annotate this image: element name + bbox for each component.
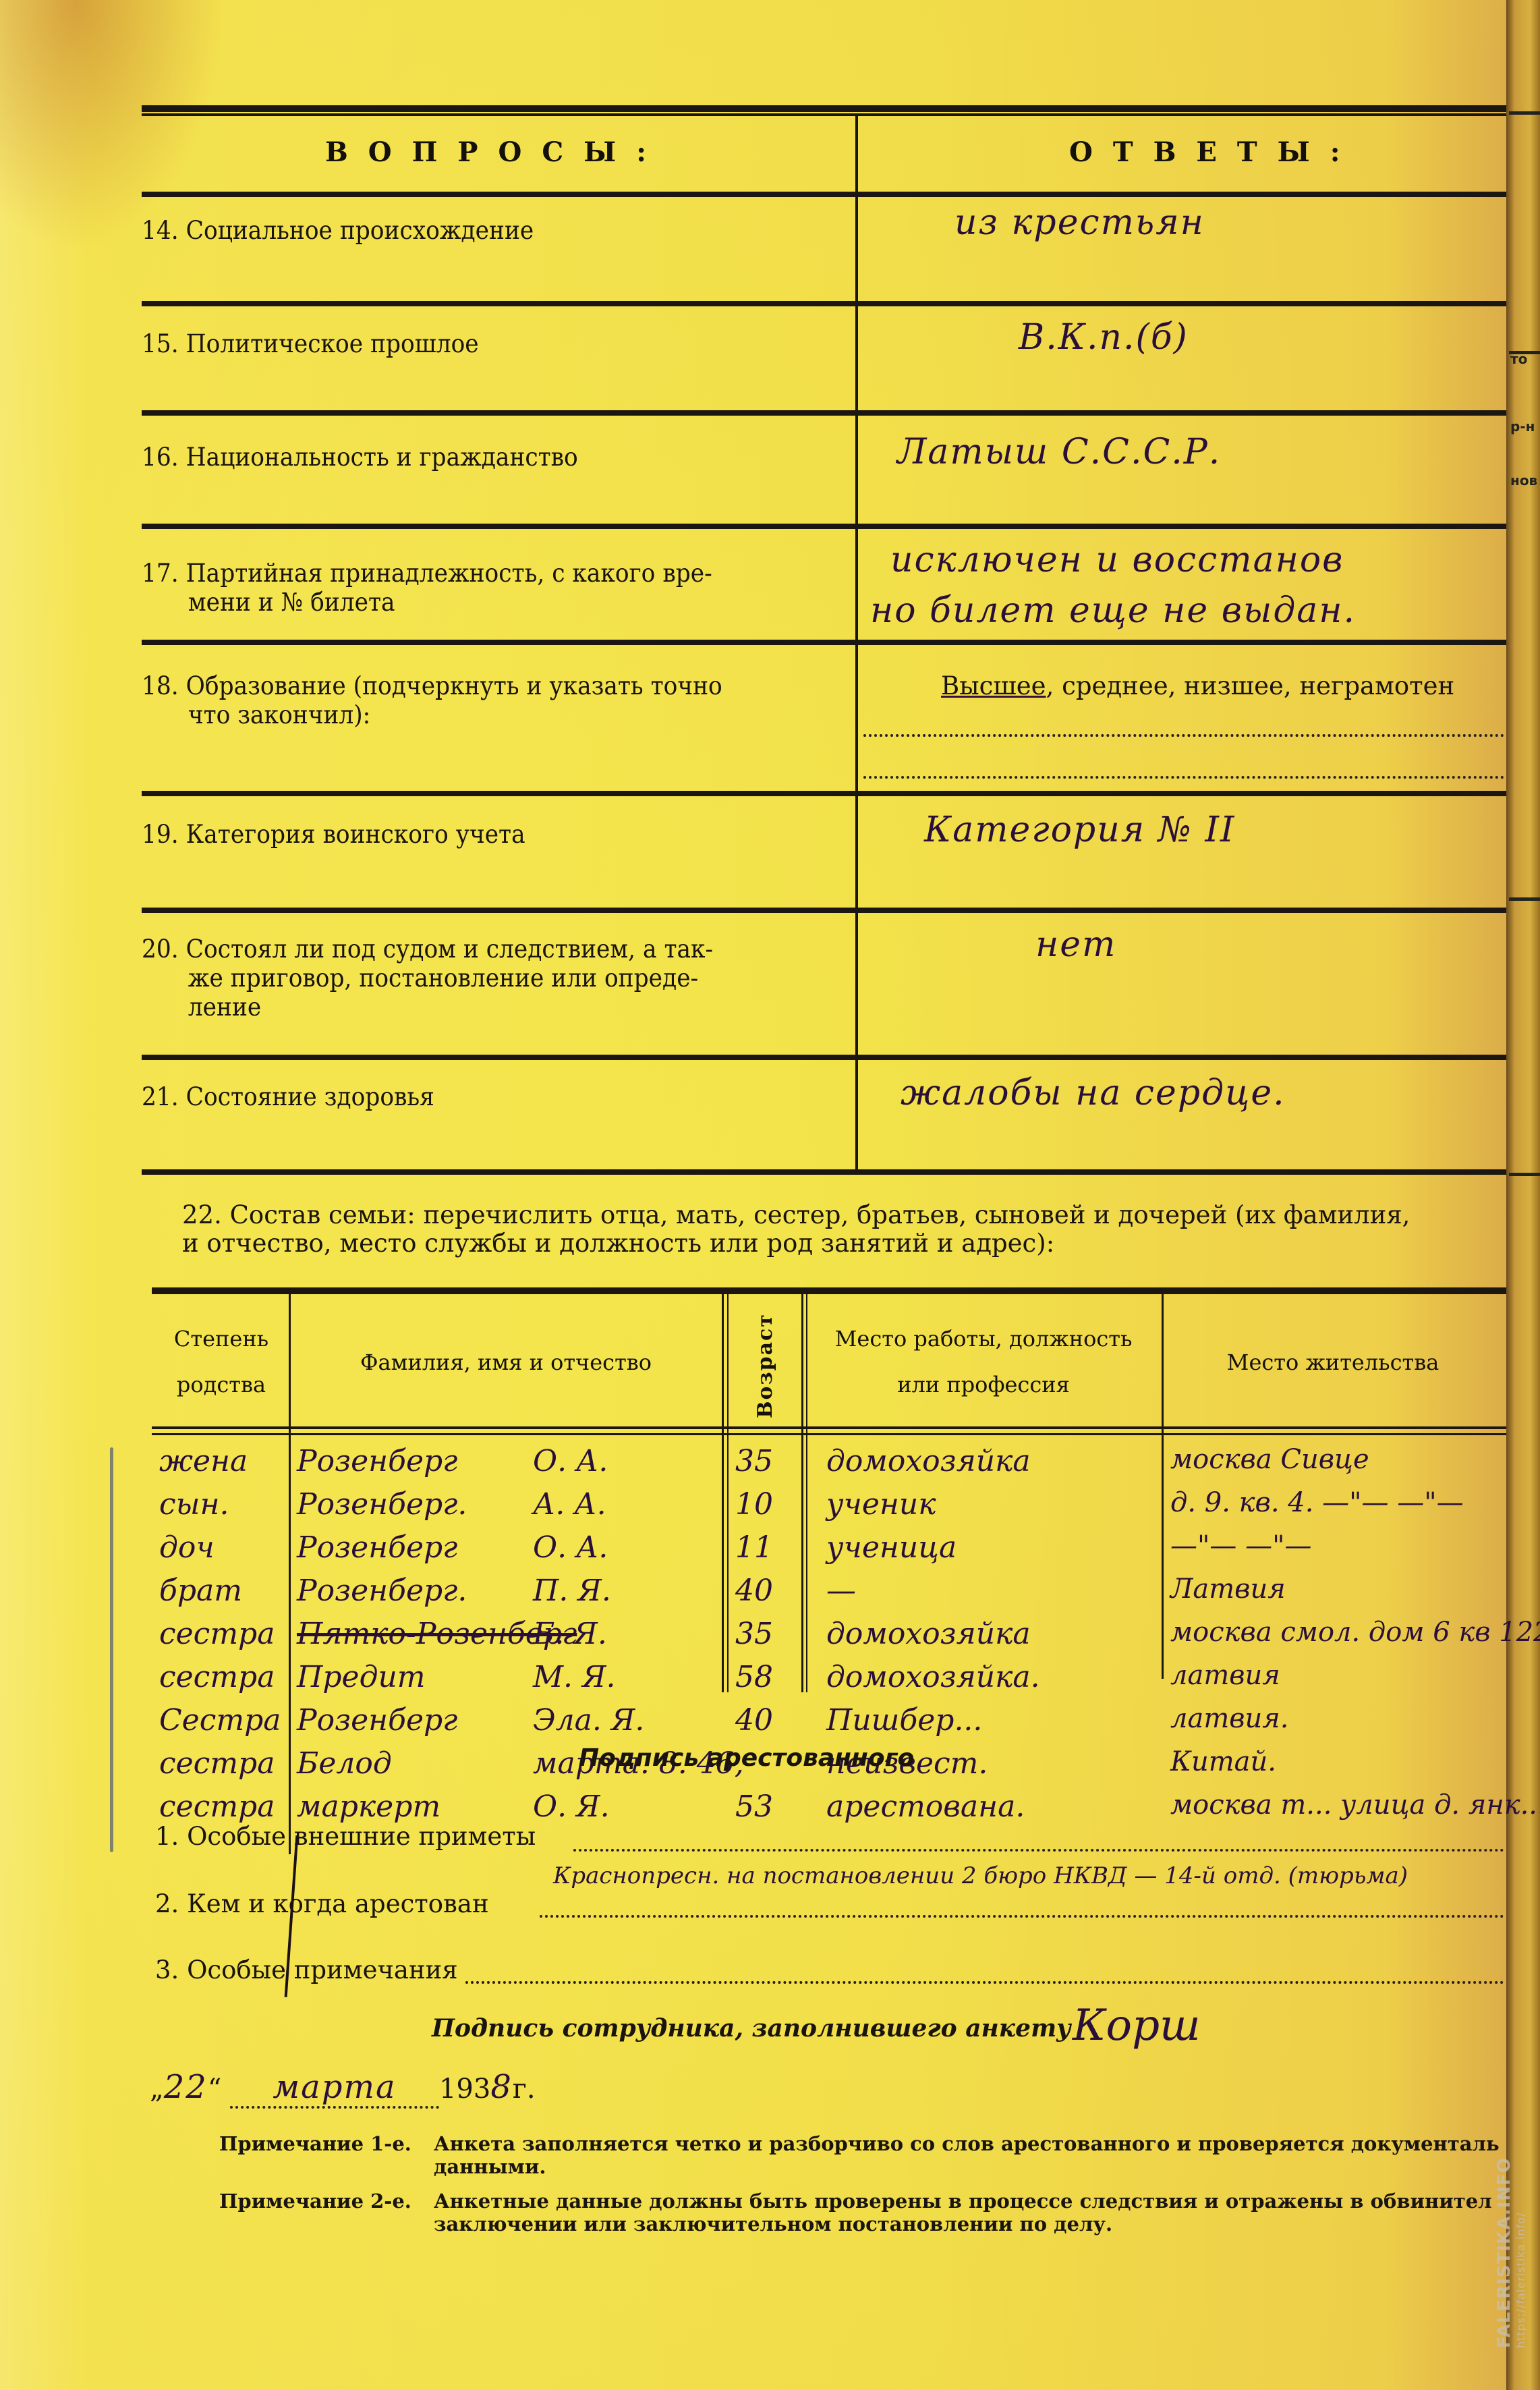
form-date: „22“ марта 1938г. [150, 2068, 536, 2109]
family-cell-age: 58 [735, 1660, 773, 1694]
answer-16: Латыш С.С.С.Р. [897, 432, 1221, 472]
family-row: дочРозенбергО. А.11ученица—"— —"— [0, 1530, 1506, 1567]
answers-heading: ОТВЕТЫ: [1069, 136, 1361, 168]
question-22: 22. Состав семьи: перечислить отца, мать… [182, 1201, 1504, 1258]
family-cell-name: Розенберг. [297, 1487, 467, 1522]
family-cell-relation: брат [159, 1574, 242, 1608]
staff-signature-label: Подпись сотрудника, заполнившего анкету [432, 2014, 1071, 2042]
family-cell-residence: москва смол. дом 6 кв 122 [1170, 1617, 1540, 1648]
family-cell-residence: москва Сивце [1170, 1444, 1369, 1475]
family-cell-residence: латвия [1170, 1660, 1280, 1691]
item-1-special-features: 1. Особые внешние приметы [155, 1822, 536, 1851]
family-table-top-rule [152, 1287, 1506, 1294]
family-cell-residence: Китай. [1170, 1746, 1276, 1777]
note-2: Примечание 2-е. Анкетные данные должны б… [219, 2190, 411, 2213]
family-row: сестрамаркертО. Я.53арестована.москва т.… [0, 1789, 1506, 1827]
answer-19: Категория № II [924, 810, 1235, 850]
answer-21: жалобы на сердце. [901, 1073, 1286, 1113]
family-cell-relation: сестра [159, 1789, 275, 1824]
column-header-age: Возраст [743, 1285, 789, 1447]
education-option-selected: Высшее [941, 671, 1046, 700]
family-cell-initials: О. А. [533, 1530, 608, 1565]
family-cell-work: домохозяйка. [826, 1660, 1040, 1694]
family-cell-residence: москва т... улица д. янк... [1170, 1789, 1540, 1821]
item-3-special-notes: 3. Особые примечания [155, 1955, 458, 1984]
staff-signature: Корш [1073, 2001, 1201, 2051]
family-cell-relation: жена [159, 1444, 248, 1478]
family-cell-work: ученик [826, 1487, 936, 1522]
family-cell-residence: латвия. [1170, 1703, 1289, 1734]
family-cell-initials: О. Я. [533, 1789, 610, 1824]
family-cell-relation: сын. [159, 1487, 229, 1522]
column-header-work: Место работы, должность или профессия [808, 1316, 1159, 1408]
family-cell-initials: А. А. [533, 1487, 606, 1522]
family-cell-name: Розенберг [297, 1530, 457, 1565]
question-21: 21. Состояние здоровья [142, 1082, 775, 1111]
family-cell-age: 53 [735, 1789, 773, 1824]
question-17: 17. Партийная принадлежность, с какого в… [142, 559, 775, 617]
question-19: 19. Категория воинского учета [142, 820, 775, 849]
family-cell-residence: Латвия [1170, 1574, 1286, 1605]
adjacent-page-edge: то р-н нов [1506, 0, 1540, 2390]
family-cell-relation: сестра [159, 1660, 275, 1694]
family-cell-age: 40 [735, 1574, 773, 1608]
table-top-rule [142, 105, 1506, 112]
question-20: 20. Состоял ли под судом и следствием, а… [142, 935, 775, 1022]
answer-line [863, 734, 1504, 737]
family-cell-age: 11 [735, 1530, 773, 1565]
family-cell-work: — [826, 1574, 856, 1608]
family-cell-name: Розенберг [297, 1703, 457, 1738]
family-cell-initials: П. Я. [533, 1574, 611, 1608]
column-header-relation: Степень родства [154, 1316, 289, 1408]
question-15: 15. Политическое прошлое [142, 329, 775, 358]
arrestee-signature-label: Подпись арестованного [579, 1744, 914, 1772]
item-2-arrested-by: 2. Кем и когда арестован [155, 1889, 489, 1918]
answer-15: В.К.п.(б) [1019, 317, 1189, 358]
family-cell-initials: О. А. [533, 1444, 608, 1478]
family-cell-work: ученица [826, 1530, 957, 1565]
question-14: 14. Социальное происхождение [142, 216, 775, 245]
family-cell-relation: сестра [159, 1746, 275, 1781]
question-18: 18. Образование (подчеркнуть и указать т… [142, 671, 775, 729]
answer-17-line2: но билет еще не выдан. [870, 590, 1356, 631]
family-cell-name: Розенберг. [297, 1574, 467, 1608]
family-cell-residence: д. 9. кв. 4. —"— —"— [1170, 1487, 1464, 1518]
family-cell-name: Предит [297, 1660, 426, 1694]
family-row: женаРозенбергО. А.35домохозяйкамосква Си… [0, 1444, 1506, 1481]
item-2-answer: Краснопресн. на постановлении 2 бюро НКВ… [553, 1862, 1408, 1889]
note-1: Примечание 1-е. Анкета заполняется четко… [219, 2132, 411, 2155]
family-cell-relation: доч [159, 1530, 215, 1565]
answer-14: из крестьян [954, 202, 1205, 243]
watermark: FALERISTIKA.INFO https://faleristika.inf… [1494, 2157, 1527, 2348]
family-row: братРозенберг.П. Я.40—Латвия [0, 1574, 1506, 1611]
family-cell-residence: —"— —"— [1170, 1530, 1312, 1561]
family-cell-initials: Эла. Я. [533, 1703, 644, 1738]
family-cell-name: Белод [297, 1746, 392, 1781]
family-cell-initials: М. Я. [533, 1660, 616, 1694]
family-cell-age: 35 [735, 1444, 773, 1478]
answer-20: нет [1035, 924, 1116, 965]
family-row: сестраПятко-РозенбергБ. Я.35домохозяйкам… [0, 1617, 1506, 1654]
family-cell-relation: сестра [159, 1617, 275, 1651]
family-cell-work: домохозяйка [826, 1617, 1031, 1651]
family-cell-work: арестована. [826, 1789, 1025, 1824]
family-cell-work: Пишбер... [826, 1703, 982, 1738]
family-cell-age: 40 [735, 1703, 773, 1738]
family-row: сестраПредитМ. Я.58домохозяйка.латвия [0, 1660, 1506, 1697]
question-16: 16. Национальность и гражданство [142, 443, 775, 472]
family-cell-relation: Сестра [159, 1703, 281, 1738]
family-row: сын.Розенберг.А. А.10ученикд. 9. кв. 4. … [0, 1487, 1506, 1524]
family-cell-initials: Б. Я. [533, 1617, 607, 1651]
answer-line [863, 776, 1504, 779]
family-row: СестраРозенбергЭла. Я.40Пишбер...латвия. [0, 1703, 1506, 1740]
column-header-residence: Место жительства [1164, 1339, 1502, 1385]
family-cell-work: домохозяйка [826, 1444, 1031, 1478]
column-header-name: Фамилия, имя и отчество [291, 1339, 720, 1385]
education-options: Высшее, среднее, низшее, неграмотен [941, 671, 1454, 700]
questions-heading: ВОПРОСЫ: [325, 136, 666, 168]
family-cell-age: 35 [735, 1617, 773, 1651]
family-cell-name: Розенберг [297, 1444, 457, 1478]
family-cell-name: маркерт [297, 1789, 440, 1824]
family-cell-age: 10 [735, 1487, 773, 1522]
answer-17-line1: исключен и восстанов [890, 540, 1344, 580]
